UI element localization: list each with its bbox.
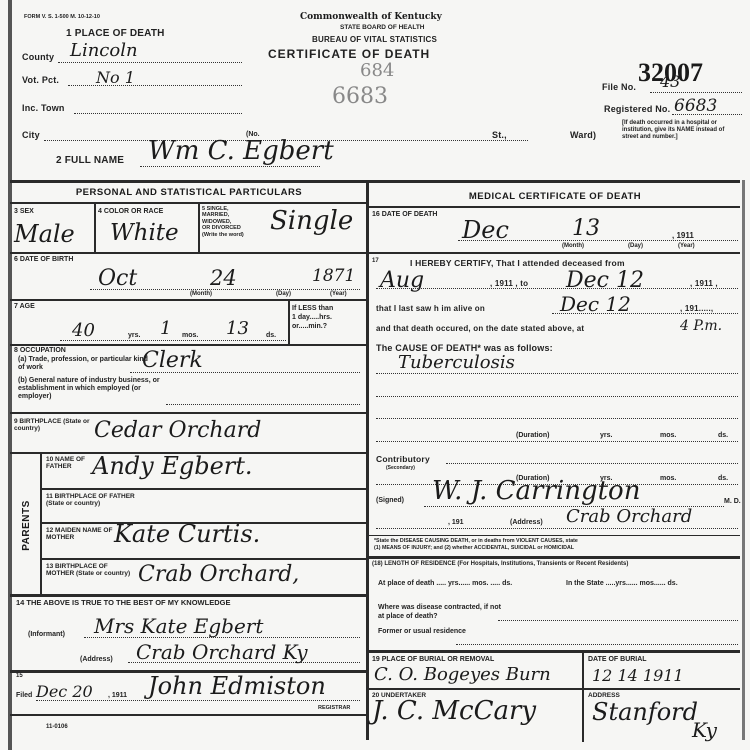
informant-address-value: Crab Orchard Ky bbox=[136, 640, 308, 664]
board-title: STATE BOARD OF HEALTH bbox=[340, 24, 425, 31]
at-place-label: At place of death ..... yrs...... mos. .… bbox=[378, 579, 538, 588]
death-month-caption: (Month) bbox=[562, 243, 584, 250]
parents-side-label: PARENTS bbox=[14, 455, 38, 595]
informant-value: Mrs Kate Egbert bbox=[94, 614, 263, 638]
divider bbox=[10, 202, 366, 204]
attended-to-year: , 1911 , bbox=[690, 279, 718, 288]
duration-line-1 bbox=[376, 441, 738, 442]
file-no-line bbox=[650, 92, 742, 93]
age-days: 13 bbox=[226, 318, 249, 339]
divider bbox=[40, 488, 366, 490]
hospital-note: [If death occurred in a hospital or inst… bbox=[622, 120, 740, 141]
divider bbox=[368, 556, 740, 559]
residence-label: (18) LENGTH OF RESIDENCE (For Hospitals,… bbox=[372, 561, 738, 568]
duration-mos-1: mos. bbox=[660, 432, 676, 439]
death-day-caption: (Day) bbox=[628, 243, 643, 250]
county-label: County bbox=[22, 52, 54, 62]
filed-label: Filed bbox=[16, 692, 32, 699]
dob-label: 6 DATE OF BIRTH bbox=[14, 256, 73, 263]
center-number-1: 684 bbox=[360, 60, 394, 81]
divider bbox=[368, 252, 740, 254]
occupation-a-value: Clerk bbox=[142, 348, 203, 373]
ds-label: ds. bbox=[266, 332, 276, 339]
file-no-label: File No. bbox=[602, 82, 636, 92]
md-label: M. D. bbox=[724, 498, 741, 505]
less-than-label: If LESS than 1 day.....hrs. or.....min.? bbox=[292, 304, 333, 331]
undertaker-state: Ky bbox=[692, 718, 717, 742]
footer-code: 11-0106 bbox=[46, 724, 68, 731]
registrar-label: REGISTRAR bbox=[318, 705, 350, 712]
day-caption: (Day) bbox=[276, 291, 291, 298]
filed-year: , 1911 bbox=[108, 692, 127, 699]
yrs-label: yrs. bbox=[128, 332, 140, 339]
occupation-a-label: (a) Trade, profession, or particular kin… bbox=[18, 356, 148, 372]
duration-label-1: (Duration) bbox=[516, 432, 549, 439]
county-value: Lincoln bbox=[70, 40, 138, 61]
death-date-year: , 1911 bbox=[672, 232, 694, 239]
divider bbox=[198, 204, 200, 252]
full-name-label: 2 FULL NAME bbox=[56, 155, 124, 166]
birthplace-label: 9 BIRTHPLACE (State or country) bbox=[14, 418, 102, 432]
color-value: White bbox=[110, 220, 179, 246]
divider bbox=[10, 412, 366, 414]
commonwealth-title: Commonwealth of Kentucky bbox=[300, 12, 442, 22]
occurred-label: and that death occured, on the date stat… bbox=[376, 324, 584, 333]
form-code: FORM V. S. 1-500 M. 10-12-10 bbox=[24, 14, 100, 21]
cause-value: Tuberculosis bbox=[398, 352, 515, 373]
divider bbox=[368, 535, 740, 536]
inc-town-label: Inc. Town bbox=[22, 103, 65, 113]
mother-name-value: Kate Curtis. bbox=[114, 520, 260, 548]
registered-no-label: Registered No. bbox=[604, 104, 670, 114]
county-line bbox=[58, 62, 242, 63]
ward-label: Ward) bbox=[570, 130, 596, 140]
secondary-label: (Secondary) bbox=[386, 465, 415, 472]
death-date-day: 13 bbox=[572, 216, 600, 241]
physician-signature: W. J. Carrington bbox=[432, 476, 640, 506]
age-years: 40 bbox=[72, 320, 95, 341]
mother-birthplace-value: Crab Orchard, bbox=[138, 562, 299, 587]
divider bbox=[10, 344, 366, 346]
former-residence-label: Former or usual residence bbox=[378, 627, 478, 636]
divider bbox=[10, 252, 366, 254]
registrar-signature: John Edmiston bbox=[148, 672, 326, 700]
divider bbox=[10, 714, 366, 716]
divider bbox=[582, 652, 584, 742]
st-label: St., bbox=[492, 130, 507, 140]
burial-date-value: 12 14 1911 bbox=[592, 666, 684, 685]
occupation-label: 8 OCCUPATION bbox=[14, 347, 66, 354]
informant-label: (Informant) bbox=[28, 631, 65, 638]
divider bbox=[94, 204, 96, 252]
divider-top bbox=[10, 180, 740, 183]
birthplace-value: Cedar Orchard bbox=[94, 418, 261, 443]
page-left-edge bbox=[8, 0, 12, 750]
occupation-b-line bbox=[166, 404, 360, 405]
death-certificate: FORM V. S. 1-500 M. 10-12-10 1 PLACE OF … bbox=[0, 0, 750, 750]
sex-value: Male bbox=[14, 220, 75, 248]
marital-value: Single bbox=[270, 206, 353, 236]
cause-line-2 bbox=[376, 396, 738, 397]
divider bbox=[10, 299, 366, 301]
full-name-line bbox=[140, 166, 320, 167]
inc-town-line bbox=[74, 113, 242, 114]
divider bbox=[368, 206, 740, 208]
personal-section-title: PERSONAL AND STATISTICAL PARTICULARS bbox=[12, 187, 366, 198]
city-label: City bbox=[22, 130, 40, 140]
duration-yrs-1: yrs. bbox=[600, 432, 612, 439]
filed-date: Dec 20 bbox=[36, 682, 93, 701]
occupation-b-label: (b) General nature of industry business,… bbox=[18, 377, 166, 401]
color-label: 4 COLOR OR RACE bbox=[98, 208, 163, 215]
occurred-value: 4 P.m. bbox=[680, 318, 722, 334]
attended-line bbox=[376, 288, 738, 289]
dob-year: 1871 bbox=[312, 266, 355, 286]
certify-text: I HEREBY CERTIFY, That I attended deceas… bbox=[410, 258, 625, 268]
contributory-label: Contributory bbox=[376, 454, 430, 464]
divider bbox=[288, 300, 290, 344]
year-caption: (Year) bbox=[330, 291, 347, 298]
cause-line-3 bbox=[376, 418, 738, 419]
burial-date-label: DATE OF BURIAL bbox=[588, 656, 647, 663]
vot-pct-value: No 1 bbox=[96, 68, 135, 87]
divider bbox=[368, 650, 740, 653]
sig-address-label: (Address) bbox=[510, 519, 543, 526]
sig-year: , 191 bbox=[448, 519, 464, 526]
true-statement: 14 THE ABOVE IS TRUE TO THE BEST OF MY K… bbox=[16, 599, 230, 606]
place-of-death-label: 1 PLACE OF DEATH bbox=[66, 28, 165, 39]
column-divider bbox=[366, 180, 369, 740]
death-date-label: 16 DATE OF DEATH bbox=[372, 211, 437, 218]
duration-ds-1: ds. bbox=[718, 432, 728, 439]
mos-label: mos. bbox=[182, 332, 198, 339]
marital-label: 5 SINGLE, MARRIED, WIDOWED, OR DIVORCED … bbox=[202, 206, 244, 238]
mother-birthplace-label: 13 BIRTHPLACE OF MOTHER (State or countr… bbox=[46, 563, 136, 577]
file-no-value: 43 bbox=[660, 72, 680, 91]
death-date-month: Dec bbox=[462, 216, 509, 244]
footnote: *State the DISEASE CAUSING DEATH, or in … bbox=[374, 538, 578, 552]
former-residence-line bbox=[456, 644, 738, 645]
last-saw-year: , 191....., bbox=[680, 304, 713, 313]
vot-pct-label: Vot. Pct. bbox=[22, 75, 59, 85]
contributory-line bbox=[446, 463, 738, 464]
age-label: 7 AGE bbox=[14, 303, 35, 310]
undertaker-address-value: Stanford bbox=[592, 698, 698, 726]
father-birthplace-label: 11 BIRTHPLACE OF FATHER (State or countr… bbox=[46, 493, 136, 507]
vot-pct-line bbox=[68, 85, 242, 86]
last-saw-label: that I last saw h im alive on bbox=[376, 304, 485, 313]
in-state-label: In the State .....yrs...... mos...... ds… bbox=[566, 579, 736, 588]
attended-from-value: Aug bbox=[380, 268, 424, 293]
contracted-line bbox=[498, 620, 738, 621]
registered-no-value: 6683 bbox=[674, 96, 717, 116]
burial-label: 19 PLACE OF BURIAL OR REMOVAL bbox=[372, 656, 494, 663]
father-name-value: Andy Egbert. bbox=[92, 452, 253, 480]
medical-section-title: MEDICAL CERTIFICATE OF DEATH bbox=[370, 191, 740, 202]
sig-address-line bbox=[376, 528, 738, 529]
informant-address-label: (Address) bbox=[80, 656, 113, 663]
attended-to-value: Dec 12 bbox=[566, 268, 644, 293]
bureau-title: BUREAU OF VITAL STATISTICS bbox=[312, 35, 437, 44]
filed-number: 15 bbox=[16, 673, 23, 680]
sig-address-value: Crab Orchard bbox=[566, 506, 692, 527]
cause-line-1 bbox=[376, 373, 738, 374]
age-months: 1 bbox=[160, 318, 171, 339]
center-number-2: 6683 bbox=[332, 84, 388, 109]
undertaker-value: J. C. McCary bbox=[372, 696, 536, 726]
divider bbox=[368, 688, 740, 690]
divider bbox=[40, 558, 366, 560]
sex-label: 3 SEX bbox=[14, 208, 34, 215]
duration-ds-2: ds. bbox=[718, 475, 728, 482]
death-year-caption: (Year) bbox=[678, 243, 695, 250]
duration-mos-2: mos. bbox=[660, 475, 676, 482]
certify-number: 17 bbox=[372, 258, 379, 265]
certificate-title: CERTIFICATE OF DEATH bbox=[268, 47, 430, 61]
burial-value: C. O. Bogeyes Burn bbox=[374, 664, 551, 685]
dob-day: 24 bbox=[210, 266, 237, 290]
page-right-edge bbox=[742, 180, 745, 740]
last-saw-value: Dec 12 bbox=[560, 292, 631, 316]
month-caption: (Month) bbox=[190, 291, 212, 298]
attended-from-year: , 1911 , to bbox=[490, 279, 528, 288]
divider bbox=[10, 594, 366, 597]
signed-label: (Signed) bbox=[376, 497, 404, 504]
full-name-value: Wm C. Egbert bbox=[148, 136, 334, 166]
dob-month: Oct bbox=[98, 266, 137, 291]
contracted-label: Where was disease contracted, if not at … bbox=[378, 603, 508, 621]
